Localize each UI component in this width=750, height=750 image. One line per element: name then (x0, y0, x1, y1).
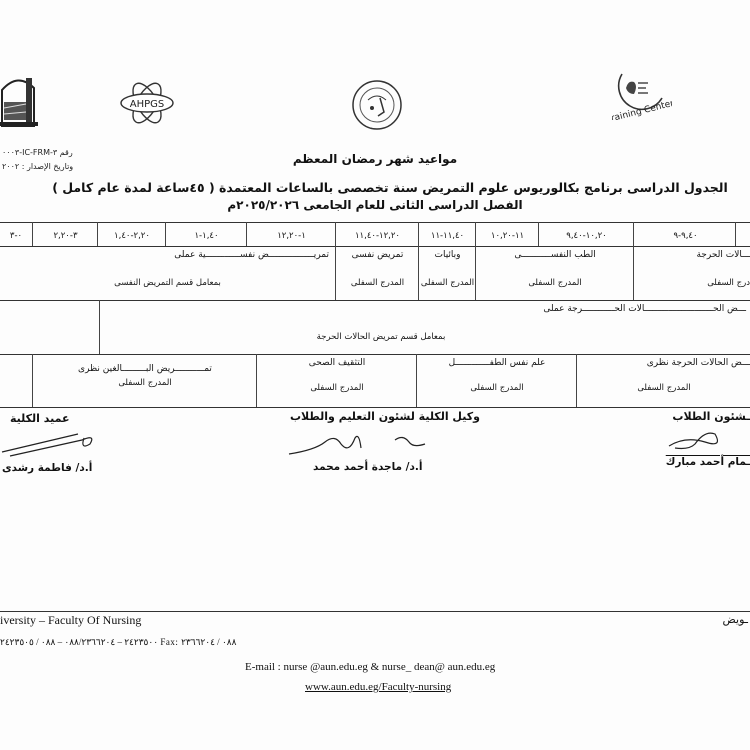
footer-website-link[interactable]: www.aun.edu.eg/Faculty-nursing (305, 681, 451, 693)
table-border (0, 246, 750, 247)
ramadan-schedule-subtitle: مواعيد شهر رمضان المعظم (0, 152, 750, 166)
university-crest-logo (0, 68, 40, 130)
page-title: الجدول الدراسى برنامج بكالوريوس علوم الت… (0, 180, 750, 195)
course-room: المدرج السفلى (420, 278, 475, 288)
footer-university-ar: ـويض (723, 613, 748, 626)
signature-title-student-affairs: ـشئون الطلاب (672, 410, 750, 423)
course-room: بمعامل قسم تمريض الحالات الحرجة (101, 332, 661, 342)
time-slot: ٩,٤٠-٩ (638, 229, 733, 243)
time-slot: ٢,٢٠-١,٤٠ (99, 229, 165, 243)
training-center-logo: Training Center (612, 68, 672, 120)
footer-university-en: iversity – Faculty Of Nursing (0, 613, 141, 628)
table-border (0, 407, 750, 408)
semester-title: الفصل الدراسى الثانى للعام الجامعى ٢٠٢٥/… (0, 198, 750, 212)
footer-divider (0, 611, 750, 612)
footer-phones: ٢٤٢٣٥٠٠ – ٠٨٨/٢٣٦٦٢٠٤ – ٠٨٨ / ٢٤٢٣٥٠٥ Fa… (0, 637, 236, 648)
signature-title-vice-dean: وكيل الكلية لشئون التعليم والطلاب (290, 410, 480, 423)
course-health-education: التثقيف الصحى (258, 358, 416, 368)
signature-title-dean: عميد الكلية (10, 412, 70, 425)
course-room: المدرج السفلى (477, 278, 633, 288)
svg-text:AHPGS: AHPGS (130, 99, 165, 110)
time-slot: ١,٤٠-١ (167, 229, 246, 243)
time-slot: ١٠,٢٠-٩,٤٠ (540, 229, 633, 243)
course-room: درج السفلى (635, 278, 750, 288)
time-slot: ١٢,٢٠-١١,٤٠ (337, 229, 418, 243)
signature-name-dean: أ.د/ فاطمة رشدى (2, 462, 92, 474)
course-room: المدرج السفلى (34, 378, 256, 388)
table-border (0, 300, 750, 301)
signature-mark (665, 428, 725, 454)
time-slot: ١١,٤٠-١١ (420, 229, 475, 243)
course-critical-care-theory: ـــض الحالات الحرجة نظرى (578, 358, 750, 368)
course-critical-care-practical: ـــض الحــــــــــــــــــــــــــالات ا… (0, 304, 750, 314)
signature-mark (0, 428, 100, 458)
time-slot: ٠-٣ (0, 229, 32, 243)
course-critical-care: ـــالات الحرجة (635, 250, 750, 260)
course-room: المدرج السفلى (258, 383, 416, 393)
time-slot: ١١-١٠,٢٠ (477, 229, 538, 243)
signature-mark (285, 430, 435, 458)
course-psychiatric-nursing: تمريض نفسى (337, 250, 418, 260)
course-psychiatry: الطب النفســـــــــــى (477, 250, 633, 260)
ahpgs-logo: AHPGS (118, 78, 176, 128)
time-slot: ٣-٢,٢٠ (34, 229, 97, 243)
course-room: المدرج السفلى (418, 383, 576, 393)
course-room: المدرج السفلى (578, 383, 750, 393)
signature-name-vice-dean: أ.د/ ماجدة أحمد محمد (313, 461, 423, 473)
table-border (0, 354, 750, 355)
accreditation-seal-logo (350, 78, 404, 132)
course-epidemiology: وبائيات (420, 250, 475, 260)
table-border (0, 222, 750, 223)
signature-name-student-affairs: ـمام أحمد مبارك (666, 456, 750, 468)
course-child-psychology: علم نفس الطفـــــــــــــل (418, 358, 576, 368)
svg-text:Training Center: Training Center (612, 99, 672, 120)
footer-email[interactable]: E-mail : nurse @aun.edu.eg & nurse_ dean… (245, 661, 495, 673)
course-room: المدرج السفلى (337, 278, 418, 288)
course-room: بمعامل قسم التمريض النفسى (0, 278, 335, 288)
course-psychiatric-nursing-practical: تمريـــــــــــــــــض نفســـــــــــــي… (0, 250, 335, 260)
time-slot: ١-١٢,٢٠ (248, 229, 335, 243)
course-adult-nursing-theory: تمـــــــــــريض البـــــــــالغين نظرى (34, 364, 256, 374)
